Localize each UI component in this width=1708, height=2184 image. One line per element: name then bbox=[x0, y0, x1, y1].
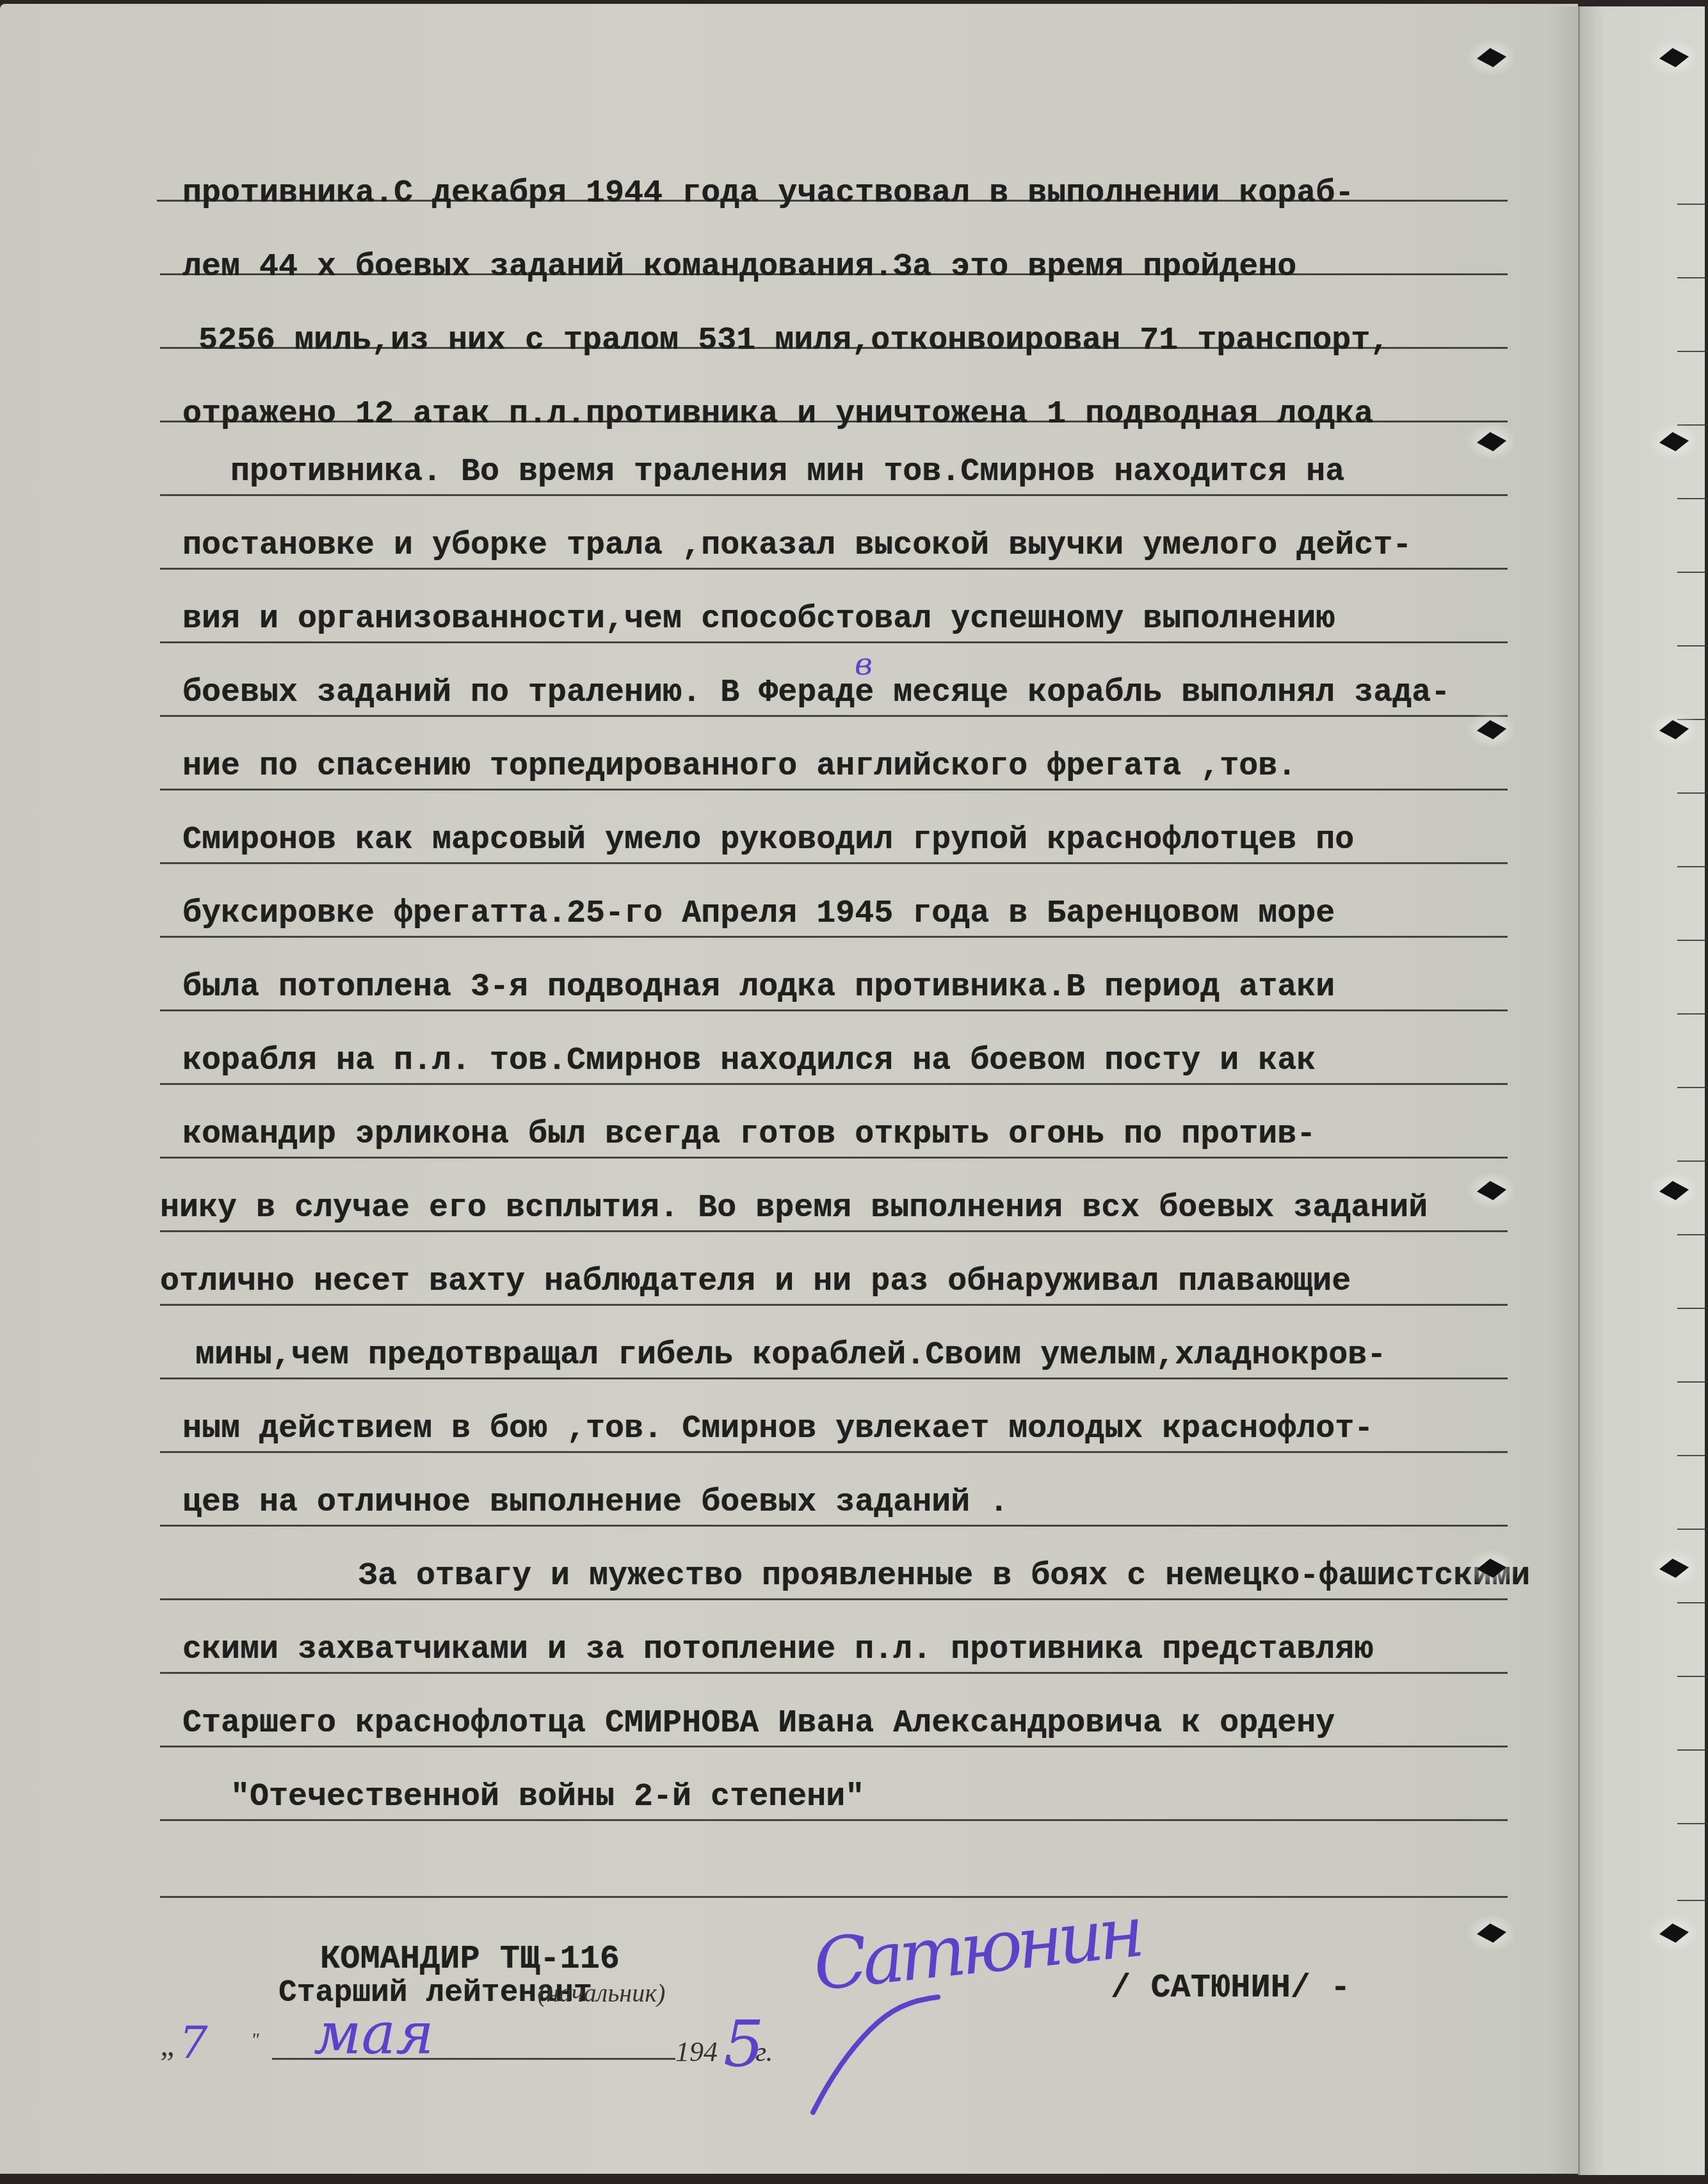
text-line: отражено 12 атак п.л.противника и уничто… bbox=[182, 399, 1373, 431]
next-page-ruled-line bbox=[1677, 204, 1708, 205]
date-year-prefix: 194 bbox=[675, 2035, 718, 2068]
next-page-ruled-line bbox=[1677, 1823, 1708, 1824]
ruled-line bbox=[160, 862, 1508, 864]
date-day: 7 bbox=[179, 2016, 208, 2069]
text-line: боевых заданий по тралению. В Фераде мес… bbox=[182, 677, 1450, 709]
next-page-ruled-line bbox=[1677, 1013, 1708, 1015]
text-line: "Отечественной войны 2-й степени" bbox=[230, 1781, 864, 1813]
next-page-ruled-line bbox=[1677, 1749, 1708, 1751]
next-page-ruled-line bbox=[1677, 1160, 1708, 1162]
ruled-line bbox=[160, 1009, 1508, 1011]
date-month: мая bbox=[314, 2000, 434, 2068]
ruled-line bbox=[160, 494, 1508, 496]
text-line: была потоплена 3-я подводная лодка проти… bbox=[182, 972, 1335, 1004]
next-page-ruled-line bbox=[1677, 866, 1708, 867]
text-line: ние по спасению торпедированного английс… bbox=[182, 751, 1296, 783]
next-page-ruled-line bbox=[1677, 351, 1708, 352]
next-page-ruled-line bbox=[1677, 1234, 1708, 1235]
next-page-ruled-line bbox=[1677, 1087, 1708, 1088]
text-line: корабля на п.л. тов.Смирнов находился на… bbox=[182, 1045, 1316, 1077]
ruled-line bbox=[160, 1598, 1508, 1600]
ruled-line bbox=[160, 1230, 1508, 1232]
text-line: 5256 миль,из них с тралом 531 миля,откон… bbox=[198, 325, 1389, 357]
ruled-line bbox=[160, 1083, 1508, 1085]
ruled-line bbox=[160, 641, 1508, 643]
next-page-ruled-line bbox=[1677, 1900, 1708, 1901]
next-page-ruled-line bbox=[1677, 277, 1708, 278]
text-line: Старшего краснофлотца СМИРНОВА Ивана Але… bbox=[182, 1708, 1335, 1740]
ruled-line bbox=[160, 715, 1508, 717]
text-line: противника.С декабря 1944 года участвова… bbox=[182, 178, 1354, 210]
next-page-ruled-line bbox=[1677, 1381, 1708, 1383]
text-line: командир эрликона был всегда готов откры… bbox=[182, 1119, 1316, 1151]
next-page-ruled-line bbox=[1677, 792, 1708, 794]
text-line: За отвагу и мужество проявленные в боях … bbox=[359, 1561, 1530, 1593]
handwritten-insertion: в bbox=[855, 646, 873, 682]
next-page-ruled-line bbox=[1677, 498, 1708, 499]
ruled-line bbox=[160, 1672, 1508, 1674]
text-line: лем 44 х боевых заданий командования.За … bbox=[182, 252, 1296, 284]
ruled-line bbox=[160, 789, 1508, 791]
ruled-line bbox=[160, 1157, 1508, 1159]
ruled-line bbox=[160, 568, 1508, 570]
page-fold bbox=[1549, 6, 1578, 2175]
ruled-line bbox=[160, 1746, 1508, 1747]
ruled-line bbox=[160, 1896, 1508, 1898]
text-line: буксировке фрегатта.25-го Апреля 1945 го… bbox=[182, 898, 1335, 930]
next-page-ruled-line bbox=[1677, 1455, 1708, 1456]
text-line: вия и организованности,чем способстовал … bbox=[182, 604, 1335, 636]
next-page-ruled-line bbox=[1677, 1308, 1708, 1309]
text-line: цев на отличное выполнение боевых задани… bbox=[182, 1487, 1008, 1519]
ruled-line bbox=[160, 1819, 1508, 1821]
text-line: нику в случае его всплытия. Во время вып… bbox=[160, 1192, 1428, 1224]
text-line: Смиронов как марсовый умело руководил гр… bbox=[182, 824, 1354, 856]
text-line: противника. Во время траления мин тов.См… bbox=[230, 456, 1344, 488]
next-page-ruled-line bbox=[1677, 1676, 1708, 1677]
ruled-line bbox=[160, 936, 1508, 938]
ruled-line bbox=[160, 1525, 1508, 1527]
text-line: мины,чем предотвращал гибель кораблей.Св… bbox=[195, 1340, 1386, 1372]
next-page-edge bbox=[1578, 6, 1705, 2175]
next-page-ruled-line bbox=[1677, 1602, 1708, 1603]
signature-flourish bbox=[717, 1991, 947, 2119]
ruled-line bbox=[160, 1377, 1508, 1379]
caption-nachalnik: (начальник) bbox=[538, 1978, 665, 2008]
next-page-ruled-line bbox=[1677, 645, 1708, 646]
commander-title: КОМАНДИР ТЩ-116 bbox=[320, 1943, 620, 1976]
ruled-line bbox=[160, 1451, 1508, 1453]
text-line: скими захватчиками и за потопление п.л. … bbox=[182, 1634, 1373, 1666]
next-page-ruled-line bbox=[1677, 1529, 1708, 1530]
ruled-line bbox=[160, 1304, 1508, 1306]
typed-signatory-name: / САТЮНИН/ - bbox=[1111, 1971, 1350, 2005]
text-line: ным действием в бою ,тов. Смирнов увлека… bbox=[182, 1413, 1373, 1445]
date-close-quote: " bbox=[251, 2029, 259, 2051]
next-page-ruled-line bbox=[1677, 940, 1708, 941]
date-open-quote: „ bbox=[160, 2026, 178, 2063]
text-line: постановке и уборке трала ,показал высок… bbox=[182, 530, 1412, 562]
text-line: отлично несет вахту наблюдателя и ни раз… bbox=[160, 1266, 1351, 1298]
next-page-ruled-line bbox=[1677, 572, 1708, 573]
